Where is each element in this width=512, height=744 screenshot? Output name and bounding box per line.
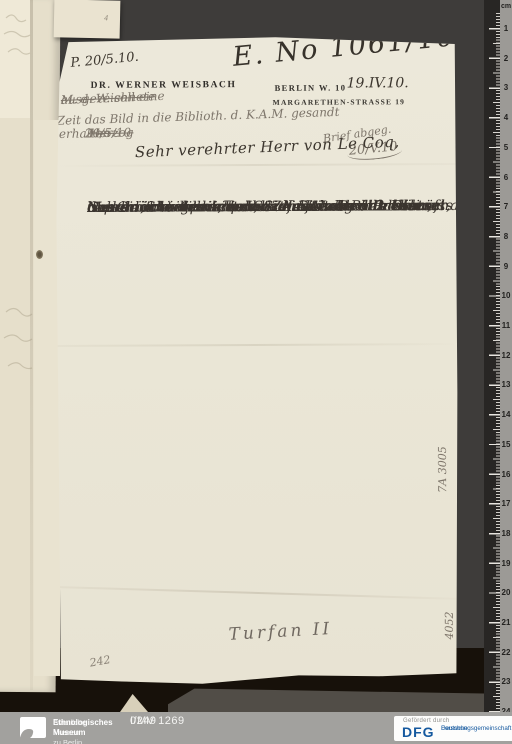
- pencil-margin-note-lower: 4052: [443, 589, 456, 661]
- ruler-number: 19: [500, 559, 512, 568]
- letter-body: ich versuchte Sie heute nach 2 Uhr imMus…: [87, 185, 449, 187]
- ruler-cm-ticks: [489, 28, 500, 712]
- ruler-number: 15: [500, 440, 512, 449]
- ruler-number: 17: [500, 499, 512, 508]
- ruler-number: 23: [500, 677, 512, 686]
- ruler-number: 2: [500, 54, 512, 63]
- fragment-mark: 4: [104, 13, 108, 22]
- ruler-number: 12: [500, 351, 512, 360]
- pencil-bottom-left-number: 242: [89, 653, 112, 670]
- dfg-logo-text: DFG: [402, 724, 435, 740]
- archive-footer-bar: Ethnologisches Museum Staatliche Museen …: [0, 712, 512, 744]
- pencil-bottom-center-note: Turfan II: [205, 618, 356, 647]
- ruler-number: 16: [500, 470, 512, 479]
- ruler-number: 7: [500, 202, 512, 211]
- ruler-number: 21: [500, 618, 512, 627]
- museum-organization: Staatliche Museen zu Berlin: [53, 718, 86, 744]
- ruler-number: 10: [500, 291, 512, 300]
- pencil-annotation-line2: Zeit das Bild in die Biblioth. d. K.A.M.…: [57, 105, 340, 128]
- ruler-number: 11: [500, 321, 512, 330]
- ghost-writing: [2, 8, 52, 68]
- archive-page-number: 0249: [130, 715, 156, 728]
- ruler-number: 4: [500, 113, 512, 122]
- ruler-number: 8: [500, 232, 512, 241]
- ruler-number: 5: [500, 143, 512, 152]
- letter-body-line: reproduciert hat, und die auch an der vo…: [87, 185, 431, 230]
- ruler-number: 1: [500, 24, 512, 33]
- ruler-number: 14: [500, 410, 512, 419]
- pencil-annotation-struck-word: Herzog: [89, 125, 134, 140]
- ruler-number: 9: [500, 262, 512, 271]
- museum-logo-icon: [20, 717, 46, 738]
- letterhead-city: BERLIN W. 10: [275, 83, 347, 93]
- ghost-writing: [2, 300, 50, 390]
- dfg-logo-box: Gefördert durch DFG Deutsche Forschungsg…: [394, 716, 512, 741]
- ruler-number: 3: [500, 83, 512, 92]
- pencil-margin-note-upper: 7A 3005: [436, 433, 449, 505]
- ruler-numbers: 123456789101112131415161718192021222324: [500, 0, 512, 712]
- paper-crease: [55, 163, 457, 167]
- dfg-name-line2: Forschungsgemeinschaft: [441, 725, 511, 732]
- paper-fragment-top: 4: [54, 0, 121, 39]
- ruler-number: 22: [500, 648, 512, 657]
- paper-crease: [57, 586, 459, 600]
- paper-blemish: [36, 250, 43, 259]
- handwritten-date: 19.IV.10.: [347, 75, 409, 91]
- paper-stack-sheet-mid: [34, 120, 60, 676]
- ruler-number: 20: [500, 588, 512, 597]
- handwritten-registry-number: E. No 1061/10: [231, 21, 456, 73]
- scanned-letter-viewer: 4 P. 20/5.10. E. No 1061/10 DR. WERNER W…: [0, 0, 512, 744]
- cm-ruler: cm 1234567891011121314151617181920212223…: [482, 0, 512, 744]
- handwritten-top-left-note: P. 20/5.10.: [70, 50, 139, 71]
- paper-crease: [56, 343, 458, 347]
- ruler-number: 6: [500, 173, 512, 182]
- ruler-number: 13: [500, 380, 512, 389]
- pencil-annotation-struck-word: ausgezeichnete: [61, 89, 156, 107]
- letter-page: P. 20/5.10. E. No 1061/10 DR. WERNER WEI…: [54, 35, 459, 687]
- ruler-number: 18: [500, 529, 512, 538]
